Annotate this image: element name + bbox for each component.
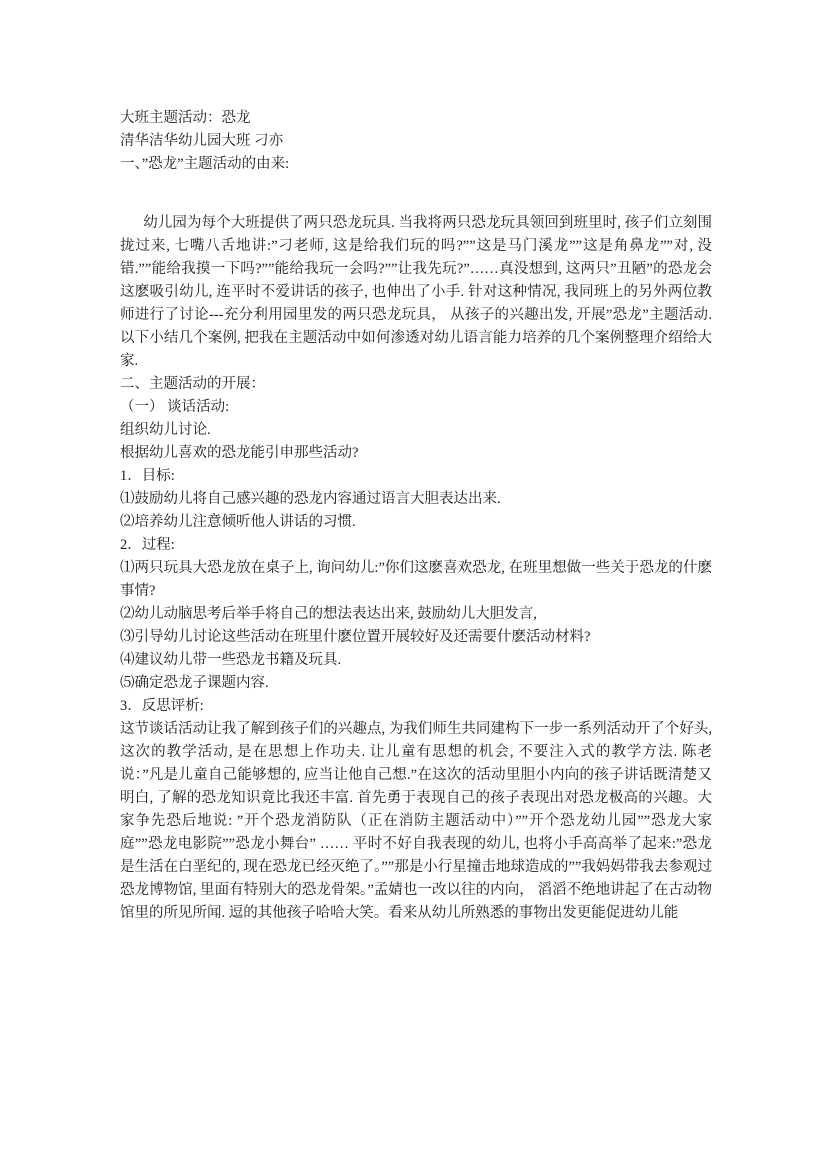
- section-2-heading: 二、主题活动的开展：: [120, 373, 712, 396]
- goal-item-1: ⑴鼓励幼儿将自己感兴趣的恐龙内容通过语言大胆表达出来.: [120, 488, 712, 511]
- section-1-paragraph: 幼儿园为每个大班提供了两只恐龙玩具. 当我将两只恐龙玩具领回到班里时, 孩子们立…: [120, 212, 712, 373]
- section-1-heading: 一、”恐龙”主题活动的由来:: [120, 153, 712, 176]
- discussion-intro-line-2: 根据幼儿喜欢的恐龙能引申那些活动?: [120, 442, 712, 465]
- reflection-heading: 3．反思评析:: [120, 695, 712, 718]
- goals-heading: 1．目标:: [120, 465, 712, 488]
- goal-item-2: ⑵培养幼儿注意倾听他人讲话的习惯.: [120, 511, 712, 534]
- process-item-1: ⑴两只玩具大恐龙放在桌子上, 询问幼儿:”你们这麽喜欢恐龙, 在班里想做一些关于…: [120, 557, 712, 603]
- process-item-4: ⑷建议幼儿带一些恐龙书籍及玩具.: [120, 649, 712, 672]
- section-2-sub-heading: （一） 谈话活动:: [120, 396, 712, 419]
- document-page: 大班主题活动：恐龙 清华洁华幼儿园大班 刁亦 一、”恐龙”主题活动的由来: 幼儿…: [0, 0, 827, 1169]
- process-item-3: ⑶引导幼儿讨论这些活动在班里什麽位置开展较好及还需要什麽活动材料?: [120, 626, 712, 649]
- process-item-5: ⑸确定恐龙子课题内容.: [120, 672, 712, 695]
- process-item-2: ⑵幼儿动脑思考后举手将自己的想法表达出来, 鼓励幼儿大胆发言,: [120, 603, 712, 626]
- discussion-intro-line-1: 组织幼儿讨论.: [120, 419, 712, 442]
- process-heading: 2．过程:: [120, 534, 712, 557]
- document-author: 清华洁华幼儿园大班 刁亦: [120, 130, 712, 153]
- document-title: 大班主题活动：恐龙: [120, 107, 712, 130]
- reflection-paragraph: 这节谈话活动让我了解到孩子们的兴趣点, 为我们师生共同建构下一步一系列活动开了个…: [120, 718, 712, 925]
